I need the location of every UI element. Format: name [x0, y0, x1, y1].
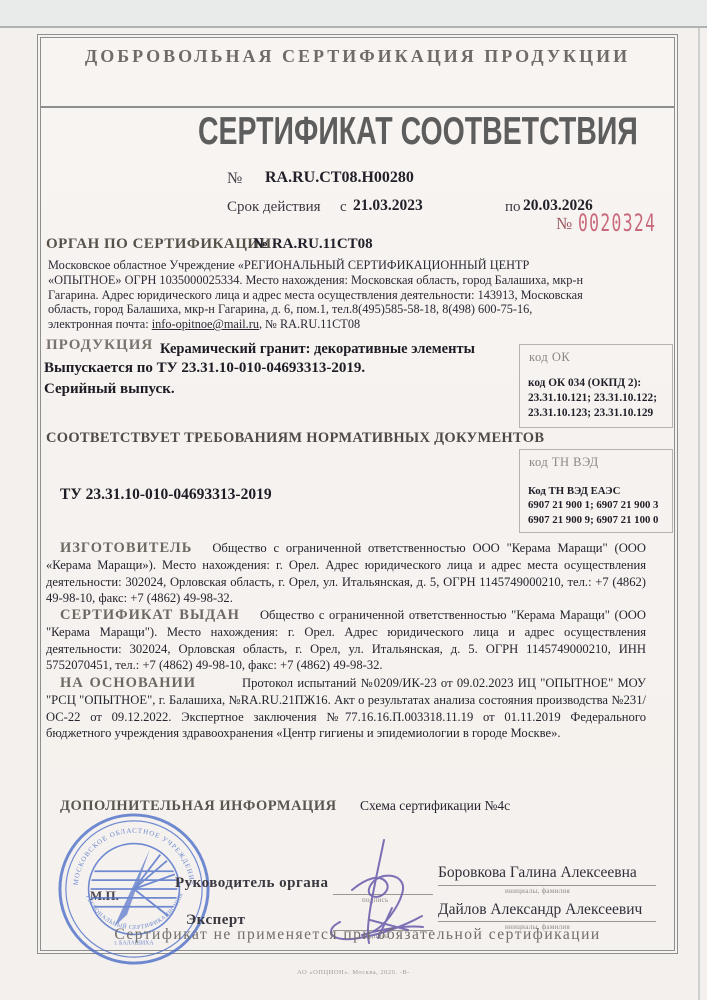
head-of-body-label: Руководитель органа	[175, 875, 328, 892]
issued-to-label: СЕРТИФИКАТ ВЫДАН	[60, 607, 240, 623]
ok-code-line: 23.31.10.123; 23.31.10.129	[528, 406, 657, 421]
banner-divider	[41, 106, 674, 108]
validity-to-label: по	[505, 199, 521, 216]
certificate-number-label: №	[227, 170, 242, 188]
validity-from-label: с	[340, 199, 347, 216]
product-section-label: ПРОДУКЦИЯ	[46, 337, 153, 354]
validity-from-date: 21.03.2023	[353, 197, 423, 215]
form-number-value: 0020324	[578, 209, 656, 237]
head-of-body-name: Боровкова Галина Алексеевна	[438, 864, 637, 882]
basis-paragraph: НА ОСНОВАНИИПротокол испытаний №0209/ИК-…	[46, 675, 646, 742]
scan-top-edge	[0, 0, 707, 28]
ok-code-line: код ОК 034 (ОКПД 2):	[528, 376, 657, 391]
disclaimer-text: Сертификат не применяется при обязательн…	[37, 926, 678, 944]
stamp-quill	[114, 850, 150, 927]
print-footer-text: АО «ОПЦИОН». Москва, 2020. -В-	[0, 969, 707, 976]
product-release-line: Серийный выпуск.	[44, 381, 175, 398]
product-spec-line: Выпускается по ТУ 23.31.10-010-04693313-…	[44, 360, 365, 377]
name-caption: инициалы, фамилия	[505, 887, 570, 895]
tnved-code-line: Код ТН ВЭД ЕАЭС	[528, 484, 658, 498]
tnved-code-box-label: код ТН ВЭД	[529, 455, 599, 470]
manufacturer-label: ИЗГОТОВИТЕЛЬ	[60, 540, 192, 556]
issued-to-paragraph: СЕРТИФИКАТ ВЫДАНОбщество с ограниченной …	[46, 607, 646, 674]
validity-label: Срок действия	[227, 199, 321, 216]
form-number-label: №	[556, 214, 572, 234]
certification-body-details: Московское областное Учреждение «РЕГИОНА…	[48, 258, 596, 332]
scan-right-edge	[698, 28, 700, 1000]
product-name: Керамический гранит: декоративные элемен…	[160, 341, 475, 358]
tnved-code-values: Код ТН ВЭД ЕАЭС 6907 21 900 1; 6907 21 9…	[528, 484, 658, 527]
tnved-code-line: 6907 21 900 1; 6907 21 900 3	[528, 498, 658, 512]
certification-body-number: № RA.RU.11CT08	[253, 236, 373, 253]
ok-code-box-label: код ОК	[529, 350, 570, 365]
certification-body-text-after: , № RA.RU.11CT08	[259, 317, 360, 331]
certificate-page: ДОБРОВОЛЬНАЯ СЕРТИФИКАЦИЯ ПРОДУКЦИИ СЕРТ…	[0, 0, 707, 1000]
certification-body-label: ОРГАН ПО СЕРТИФИКАЦИИ	[46, 236, 272, 253]
certification-scheme: Схема сертификации №4с	[360, 798, 510, 814]
manufacturer-paragraph: ИЗГОТОВИТЕЛЬОбщество с ограниченной отве…	[46, 540, 646, 607]
tnved-code-box: код ТН ВЭД Код ТН ВЭД ЕАЭС 6907 21 900 1…	[519, 449, 673, 533]
expert-name: Дайлов Александр Алексеевич	[438, 901, 642, 919]
certificate-title: СЕРТИФИКАТ СООТВЕТСТВИЯ	[198, 110, 638, 154]
normative-document-value: ТУ 23.31.10-010-04693313-2019	[60, 486, 272, 504]
basis-label: НА ОСНОВАНИИ	[60, 675, 196, 691]
certificate-number-value: RA.RU.CT08.H00280	[265, 169, 414, 187]
banner-heading: ДОБРОВОЛЬНАЯ СЕРТИФИКАЦИЯ ПРОДУКЦИИ	[37, 46, 678, 67]
name-line-expert	[438, 921, 656, 922]
compliance-heading: СООТВЕТСТВУЕТ ТРЕБОВАНИЯМ НОРМАТИВНЫХ ДО…	[46, 430, 544, 447]
ok-code-values: код ОК 034 (ОКПД 2): 23.31.10.121; 23.31…	[528, 376, 657, 421]
name-line-head	[438, 885, 656, 886]
ok-code-line: 23.31.10.121; 23.31.10.122;	[528, 391, 657, 406]
ok-code-box: код ОК код ОК 034 (ОКПД 2): 23.31.10.121…	[519, 344, 673, 428]
certification-body-email: info-opitnoe@mail.ru	[152, 317, 259, 331]
tnved-code-line: 6907 21 900 9; 6907 21 100 0	[528, 513, 658, 527]
